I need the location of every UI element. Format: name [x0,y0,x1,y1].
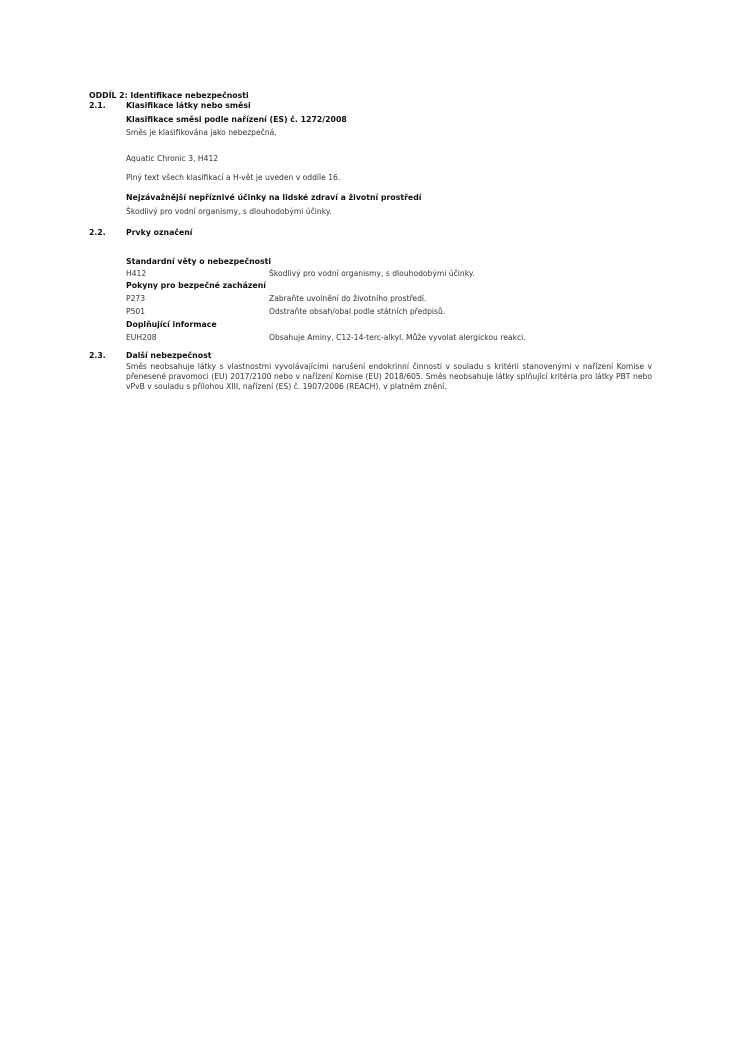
supplementary-text: Obsahuje Aminy, C12-14-terc-alkyl. Může … [269,333,526,343]
effects-text: Škodlivý pro vodní organismy, s dlouhodo… [126,207,332,217]
section-2-3-number: 2.3. [89,351,106,361]
supplementary-code: EUH208 [126,333,157,343]
hazard-statements-heading: Standardní věty o nebezpečnosti [126,257,271,267]
precaution-text: Zabraňte uvolnění do životního prostředí… [269,294,426,304]
section-2-1-number: 2.1. [89,101,106,111]
section-2-2-number: 2.2. [89,228,106,238]
supplementary-heading: Doplňující informace [126,320,217,330]
classification-regulation-heading: Klasifikace směsi podle nařízení (ES) č.… [126,115,347,125]
full-text-note: Plný text všech klasifikací a H-vět je u… [126,173,340,183]
section-title: ODDÍL 2: Identifikace nebezpečnosti [89,91,249,101]
document-page: ODDÍL 2: Identifikace nebezpečnosti 2.1.… [0,0,740,1046]
hazard-code: H412 [126,269,146,279]
other-hazards-text: Směs neobsahuje látky s vlastnostmi vyvo… [126,362,652,392]
precaution-text: Odstraňte obsah/obal podle státních před… [269,307,445,317]
section-2-2-heading: Prvky označení [126,228,192,238]
classification-value: Aquatic Chronic 3, H412 [126,154,218,164]
precautionary-heading: Pokyny pro bezpečné zacházení [126,281,266,291]
hazard-text: Škodlivý pro vodní organismy, s dlouhodo… [269,269,475,279]
classified-text: Směs je klasifikována jako nebezpečná. [126,128,277,138]
precaution-code: P501 [126,307,145,317]
precaution-code: P273 [126,294,145,304]
effects-heading: Nejzávažnější nepříznivé účinky na lidsk… [126,193,421,203]
section-2-1-heading: Klasifikace látky nebo směsi [126,101,251,111]
section-2-3-heading: Další nebezpečnost [126,351,211,361]
